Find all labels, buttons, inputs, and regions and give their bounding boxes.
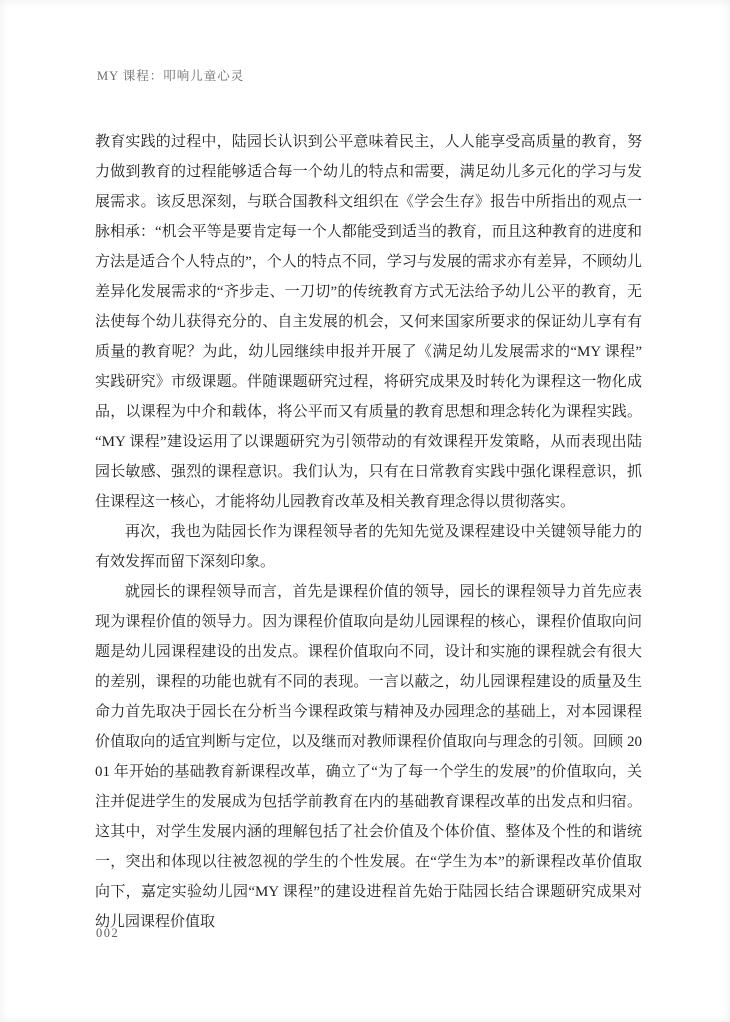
page-number: 002 bbox=[96, 926, 119, 941]
paragraph: 再次，我也为陆园长作为课程领导者的先知先觉及课程建设中关键领导能力的有效发挥而留… bbox=[95, 517, 642, 577]
running-header: MY 课程：叩响儿童心灵 bbox=[97, 66, 244, 84]
paragraph: 就园长的课程领导而言，首先是课程价值的领导，园长的课程领导力首先应表现为课程价值… bbox=[95, 577, 642, 937]
body-text: 教育实践的过程中，陆园长认识到公平意味着民主，人人能享受高质量的教育，努力做到教… bbox=[95, 127, 642, 937]
paragraph: 教育实践的过程中，陆园长认识到公平意味着民主，人人能享受高质量的教育，努力做到教… bbox=[95, 127, 642, 517]
book-page: MY 课程：叩响儿童心灵 教育实践的过程中，陆园长认识到公平意味着民主，人人能享… bbox=[0, 0, 730, 1022]
